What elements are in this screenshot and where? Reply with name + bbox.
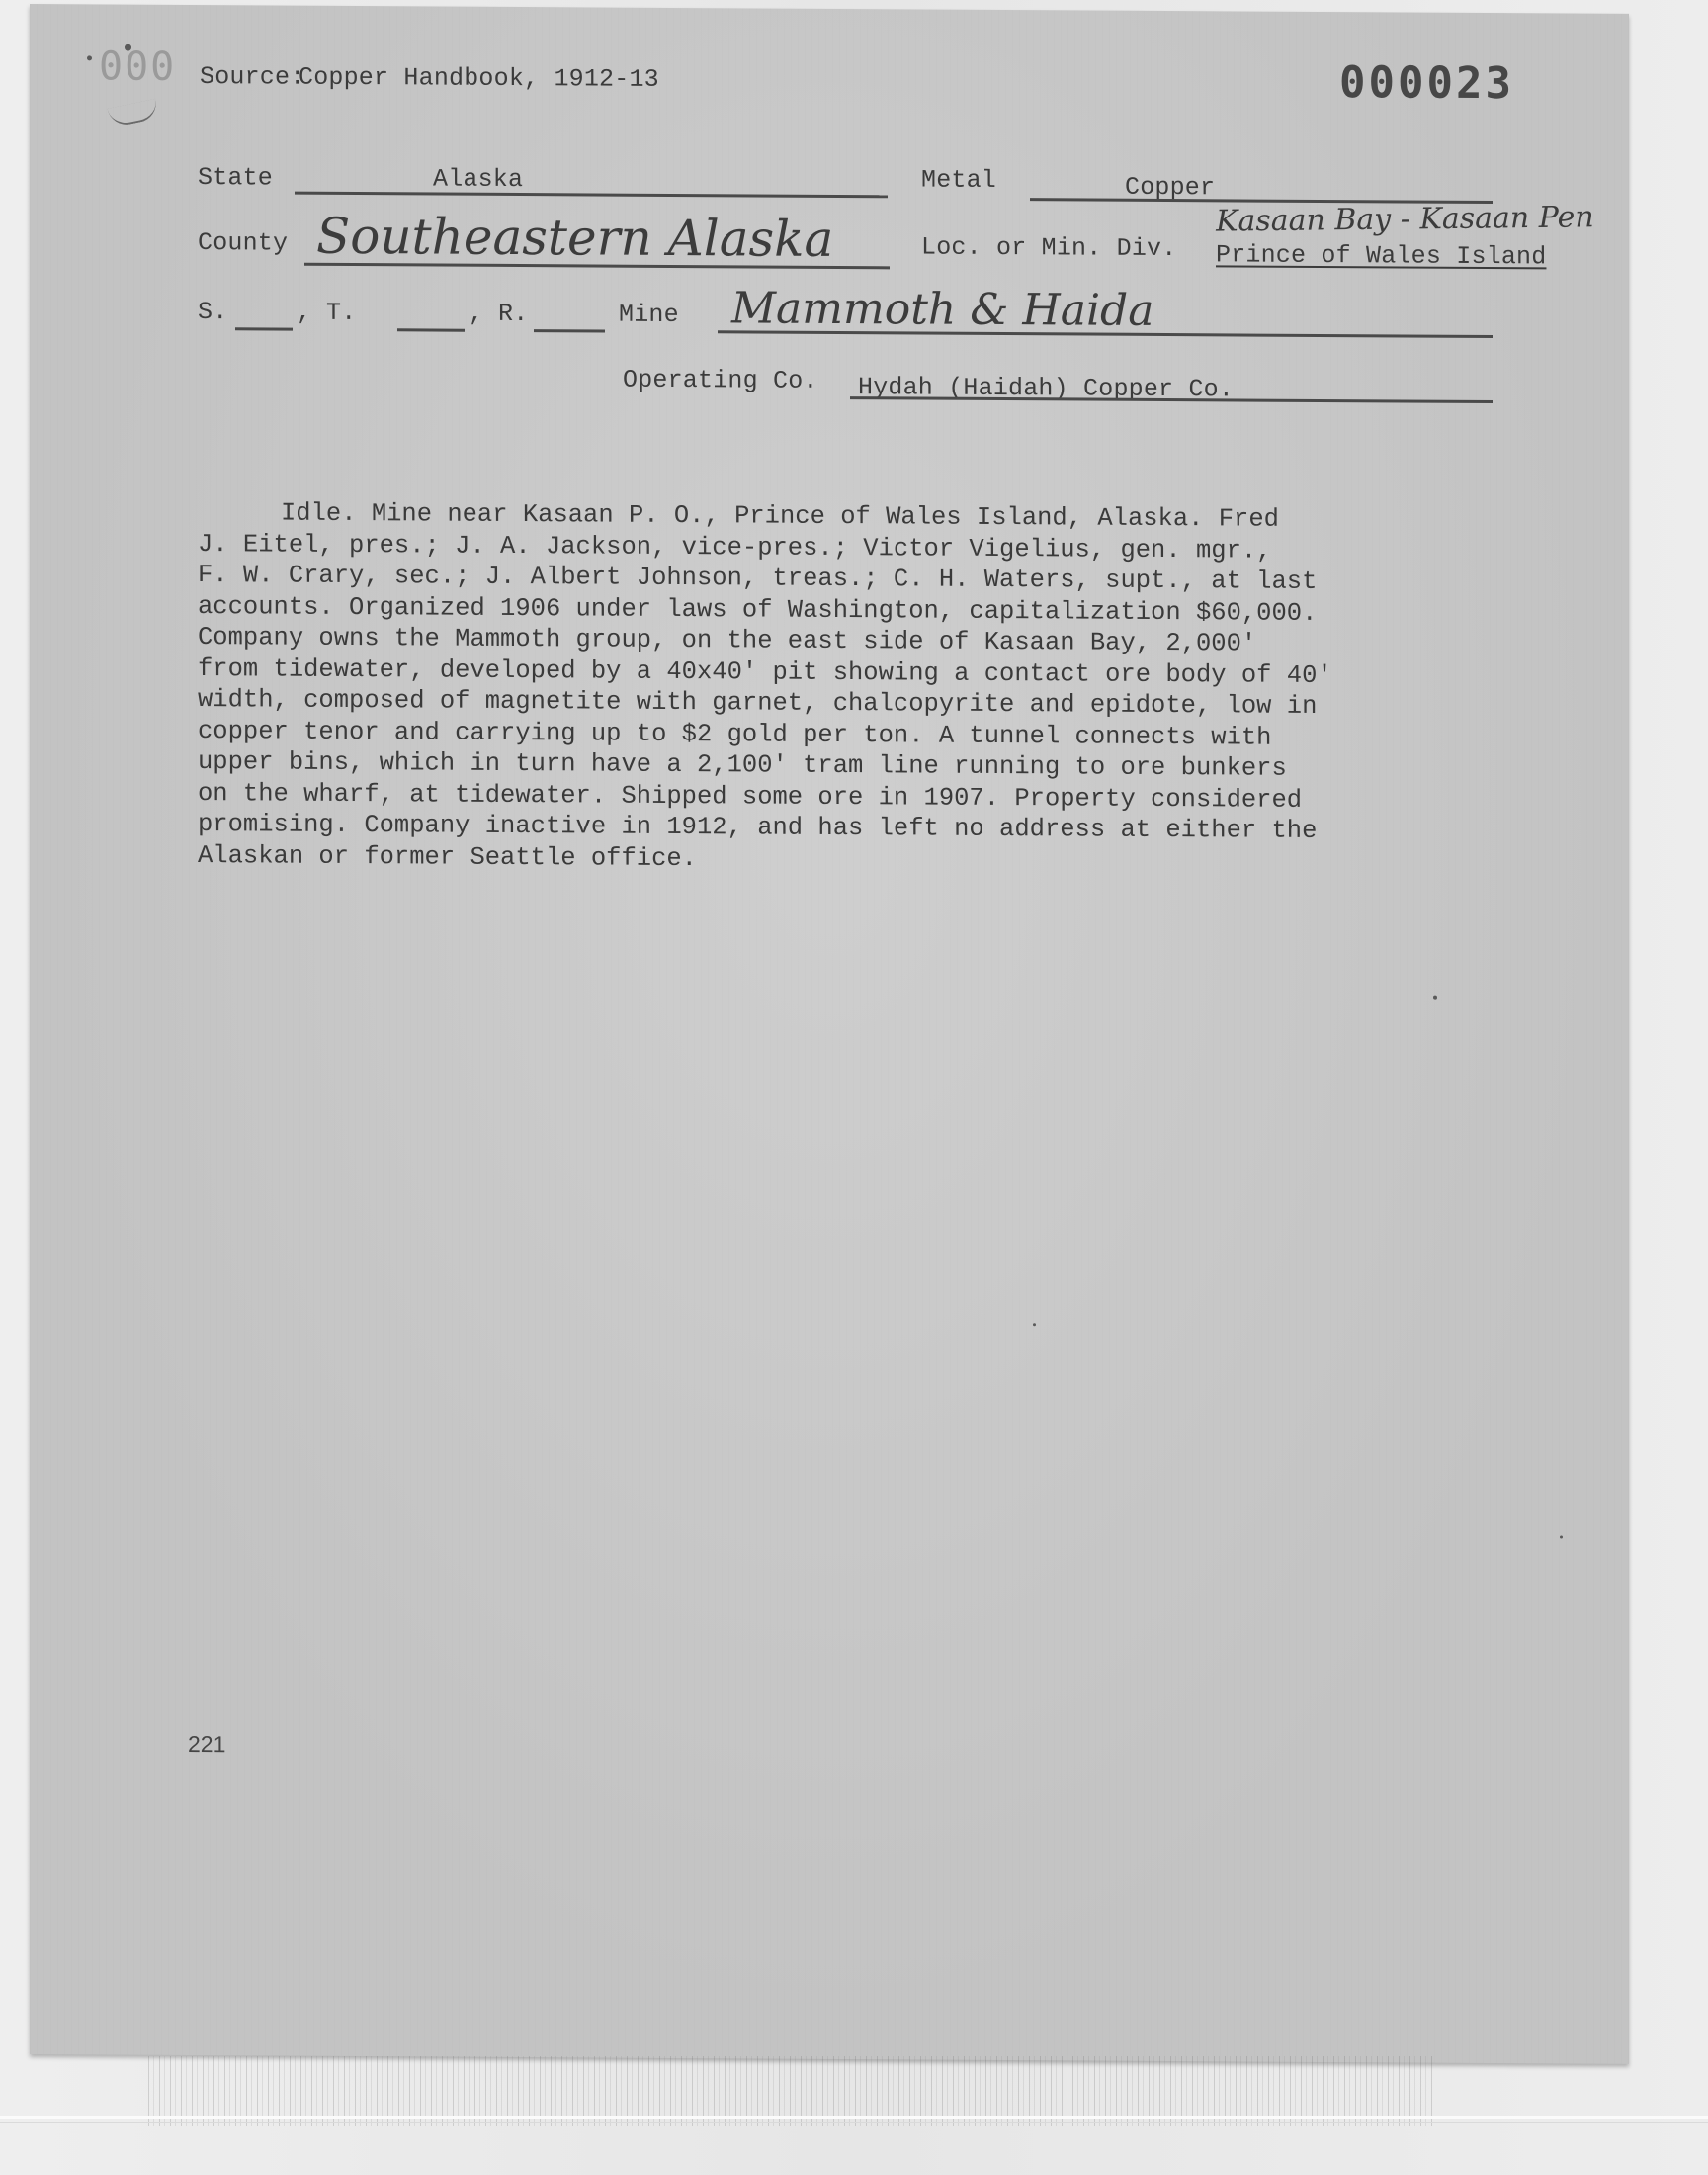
township-label: T. (326, 299, 356, 327)
document-number: 000023 (1339, 57, 1514, 109)
ink-speck (1033, 1323, 1036, 1326)
location-value: Prince of Wales Island (1216, 240, 1546, 271)
state-underline (295, 192, 888, 199)
township-comma: , (297, 299, 311, 327)
metal-label: Metal (921, 166, 996, 195)
location-label: Loc. or Min. Div. (921, 233, 1176, 264)
mine-label: Mine (619, 301, 679, 329)
scanner-artifact-line (0, 2116, 1708, 2119)
section-label: S. (198, 298, 227, 326)
township-underline (397, 328, 465, 331)
county-label: County (198, 228, 288, 258)
source-label: Source: (200, 62, 304, 92)
ink-speck (125, 44, 131, 51)
ink-speck (1433, 996, 1437, 1000)
page-number: 221 (188, 1731, 225, 1758)
scanner-artifact-line (0, 2122, 1708, 2123)
range-underline (534, 329, 605, 332)
section-underline (235, 327, 293, 330)
range-label: R. (498, 300, 528, 328)
document-page: 000 Source: Copper Handbook, 1912-13 000… (30, 4, 1629, 2064)
range-comma: , (469, 300, 483, 328)
source-value: Copper Handbook, 1912-13 (299, 63, 659, 94)
description-paragraph: Idle. Mine near Kasaan P. O., Prince of … (198, 497, 1483, 879)
county-value: Southeastern Alaska (316, 208, 833, 268)
ink-speck (87, 55, 92, 60)
ink-speck (1560, 1535, 1563, 1538)
location-handwritten-annotation: Kasaan Bay - Kasaan Pen (1216, 200, 1594, 238)
faint-stamp-number: 000 (99, 43, 176, 89)
pencil-mark (107, 99, 159, 129)
state-label: State (198, 163, 273, 192)
state-value: Alaska (433, 164, 523, 194)
operating-co-label: Operating Co. (623, 366, 818, 395)
mine-value: Mammoth & Haida (731, 283, 1153, 336)
